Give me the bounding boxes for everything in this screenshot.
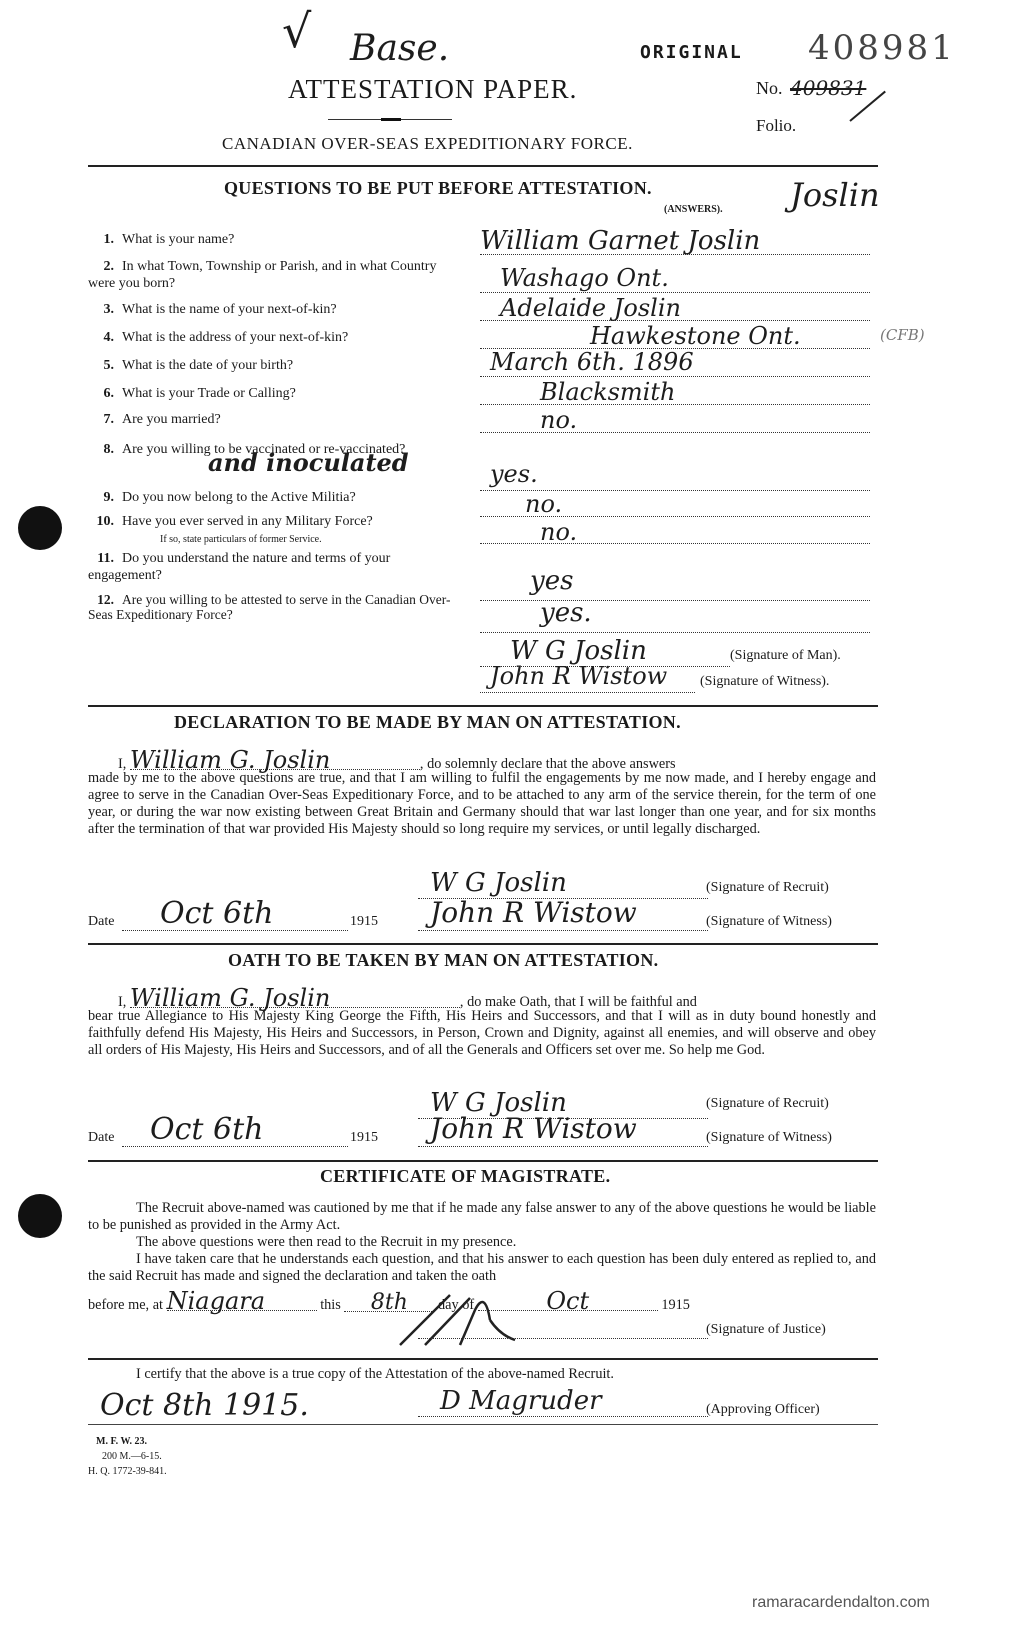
- answer-8-inline: and inoculated: [208, 448, 409, 477]
- watermark: ramaracardendalton.com: [752, 1594, 930, 1612]
- answer-4: Hawkestone Ont.: [590, 322, 801, 350]
- signature-line: [418, 1416, 708, 1417]
- answer-2: Washago Ont.: [500, 264, 669, 292]
- form-number: M. F. W. 23.: [96, 1436, 147, 1447]
- signature-line: [418, 1338, 708, 1339]
- title-ornament-center: [381, 118, 401, 121]
- oath-date-label: Date: [88, 1130, 114, 1146]
- number-struck: 409831: [790, 76, 866, 100]
- declaration-recruit-signature: W G Joslin: [430, 868, 567, 898]
- oath-witness-label: (Signature of Witness): [706, 1130, 832, 1146]
- answer-line: [480, 432, 870, 433]
- signature-witness: John R Wistow: [490, 662, 667, 690]
- answer-6: Blacksmith: [540, 378, 675, 406]
- question-10-sub: If so, state particulars of former Servi…: [160, 534, 322, 545]
- questions-heading: QUESTIONS TO BE PUT BEFORE ATTESTATION.: [224, 178, 652, 199]
- question-3: 3.What is the name of your next-of-kin?: [88, 302, 337, 318]
- regimental-number: 408981: [808, 28, 956, 68]
- answer-line: [480, 543, 870, 544]
- oath-date: Oct 6th: [150, 1112, 263, 1147]
- oath-year: 1915: [350, 1130, 378, 1146]
- question-6: 6.What is your Trade or Calling?: [88, 386, 296, 402]
- answer-10: no.: [540, 518, 577, 546]
- certify-date-line: [88, 1424, 878, 1425]
- divider: [88, 1358, 878, 1360]
- answer-11: yes: [530, 566, 573, 596]
- magistrate-place: Niagara: [167, 1293, 317, 1311]
- question-1: 1.What is your name?: [88, 232, 234, 248]
- print-run: 200 M.—6-15.: [102, 1451, 162, 1462]
- signature-line: [418, 930, 708, 931]
- certify-date: Oct 8th 1915.: [100, 1388, 309, 1423]
- declaration-witness-label: (Signature of Witness): [706, 914, 832, 930]
- question-2: 2.In what Town, Township or Parish, and …: [88, 258, 460, 292]
- question-11: 11.Do you understand the nature and term…: [88, 550, 460, 584]
- number-label: No.: [756, 78, 783, 99]
- magistrate-heading: CERTIFICATE OF MAGISTRATE.: [320, 1166, 610, 1187]
- declaration-date: Oct 6th: [160, 896, 273, 931]
- signature-witness-label: (Signature of Witness).: [700, 674, 829, 690]
- original-stamp: ORIGINAL: [640, 42, 743, 63]
- signature-line: [480, 692, 695, 693]
- divider: [88, 1160, 878, 1162]
- punch-hole: [18, 1194, 62, 1238]
- oath-recruit-label: (Signature of Recruit): [706, 1096, 829, 1112]
- declaration-witness-signature: John R Wistow: [430, 896, 637, 929]
- magistrate-p1: The Recruit above-named was cautioned by…: [88, 1200, 876, 1234]
- oath-name: William G. Joslin: [130, 990, 460, 1008]
- question-12: 12.Are you willing to be attested to ser…: [88, 592, 453, 622]
- answer-line: [480, 376, 870, 377]
- declaration-name: William G. Joslin: [130, 752, 420, 770]
- declaration-heading: DECLARATION TO BE MADE BY MAN ON ATTESTA…: [174, 712, 681, 733]
- punch-hole: [18, 506, 62, 550]
- question-4: 4.What is the address of your next-of-ki…: [88, 330, 348, 346]
- answer-7: no.: [540, 406, 577, 434]
- answer-9: no.: [525, 490, 562, 518]
- surname-margin: Joslin: [790, 176, 880, 214]
- magistrate-before-line: before me, at Niagara this 8th day of Oc…: [88, 1293, 690, 1314]
- declaration-recruit-label: (Signature of Recruit): [706, 880, 829, 896]
- answer-line: [480, 600, 870, 601]
- hq-number: H. Q. 1772-39-841.: [88, 1466, 167, 1477]
- answer-3: Adelaide Joslin: [500, 294, 681, 322]
- check-mark: √: [282, 4, 311, 58]
- question-9: 9.Do you now belong to the Active Militi…: [88, 490, 356, 506]
- answers-label: (ANSWERS).: [664, 204, 723, 215]
- answer-8: yes.: [490, 460, 538, 488]
- magistrate-p3: I have taken care that he understands ea…: [88, 1251, 876, 1285]
- answer-5: March 6th. 1896: [490, 348, 694, 376]
- force-name: CANADIAN OVER-SEAS EXPEDITIONARY FORCE.: [222, 134, 633, 154]
- oath-heading: OATH TO BE TAKEN BY MAN ON ATTESTATION.: [228, 950, 658, 971]
- oath-witness-signature: John R Wistow: [430, 1112, 637, 1145]
- question-10: 10.Have you ever served in any Military …: [88, 514, 373, 530]
- divider: [88, 705, 878, 707]
- answer-line: [480, 292, 870, 293]
- justice-signature-scribble: [390, 1290, 520, 1350]
- declaration-date-label: Date: [88, 914, 114, 930]
- signature-line: [418, 1146, 708, 1147]
- answer-line: [480, 632, 870, 633]
- certify-text: I certify that the above is a true copy …: [136, 1366, 614, 1383]
- question-7: 7.Are you married?: [88, 412, 221, 428]
- approving-officer-signature: D Magruder: [440, 1386, 602, 1416]
- declaration-body: made by me to the above questions are tr…: [88, 770, 876, 838]
- answer-12: yes.: [540, 598, 592, 628]
- folio-label: Folio.: [756, 116, 796, 136]
- page-title: ATTESTATION PAPER.: [288, 74, 577, 105]
- question-5: 5.What is the date of your birth?: [88, 358, 293, 374]
- signature-man-label: (Signature of Man).: [730, 648, 841, 664]
- magistrate-p2: The above questions were then read to th…: [136, 1234, 516, 1251]
- answer-4-note: (CFB): [880, 326, 925, 344]
- oath-body: bear true Allegiance to His Majesty King…: [88, 1008, 876, 1059]
- declaration-year: 1915: [350, 914, 378, 930]
- answer-1: William Garnet Joslin: [480, 226, 760, 256]
- justice-signature-label: (Signature of Justice): [706, 1322, 826, 1338]
- divider: [88, 943, 878, 945]
- divider: [88, 165, 878, 167]
- base-note: Base.: [350, 28, 449, 69]
- approving-officer-label: (Approving Officer): [706, 1402, 820, 1418]
